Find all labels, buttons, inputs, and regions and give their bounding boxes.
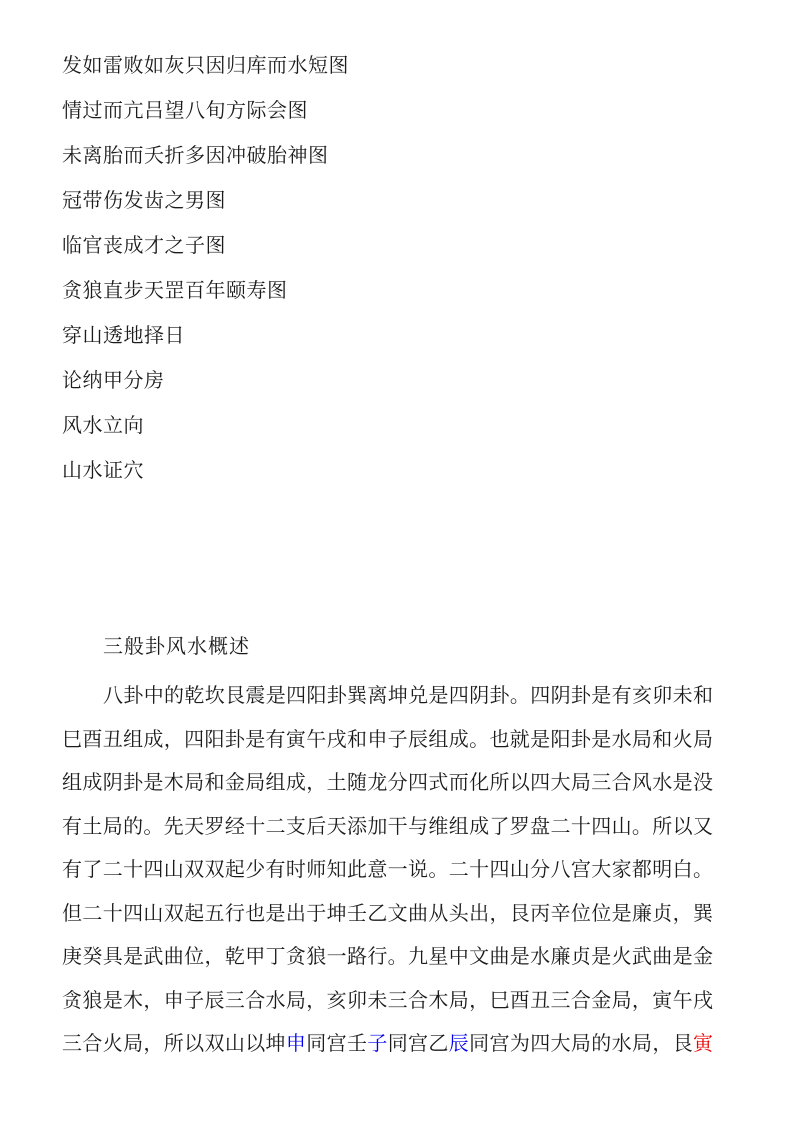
toc-item: 冠带伤发齿之男图 [62, 179, 349, 224]
paragraph-line: 庚癸具是武曲位，乾甲丁贪狼一路行。九星中文曲是水廉贞是火武曲是金 [62, 936, 713, 980]
toc-item: 风水立向 [62, 404, 349, 449]
highlighted-char-red: 寅 [693, 1033, 713, 1055]
highlighted-char-blue: 申 [286, 1033, 306, 1055]
document-page: 发如雷败如灰只因归库而水短图 情过而亢吕望八旬方际会图 未离胎而夭折多因冲破胎神… [0, 0, 786, 1142]
text-segment: 三合火局，所以双山以坤 [62, 1033, 286, 1055]
text-segment: 同宫乙 [388, 1033, 449, 1055]
toc-item: 论纳甲分房 [62, 359, 349, 404]
paragraph-line: 有土局的。先天罗经十二支后天添加干与维组成了罗盘二十四山。所以又 [62, 806, 713, 850]
toc-item: 穿山透地择日 [62, 314, 349, 359]
paragraph-line: 八卦中的乾坎艮震是四阳卦巽离坤兑是四阴卦。四阴卦是有亥卯未和 [62, 675, 713, 719]
toc-item: 情过而亢吕望八旬方际会图 [62, 89, 349, 134]
paragraph-line: 但二十四山双起五行也是出于坤壬乙文曲从头出，艮丙辛位位是廉贞，巽 [62, 893, 713, 937]
highlighted-char-blue: 子 [367, 1033, 387, 1055]
toc-item: 发如雷败如灰只因归库而水短图 [62, 44, 349, 89]
table-of-contents: 发如雷败如灰只因归库而水短图 情过而亢吕望八旬方际会图 未离胎而夭折多因冲破胎神… [62, 44, 349, 494]
section-heading: 三般卦风水概述 [103, 637, 250, 658]
paragraph-line-highlighted: 三合火局，所以双山以坤申同宫壬子同宫乙辰同宫为四大局的水局，艮寅 [62, 1023, 713, 1067]
text-segment: 同宫壬 [306, 1033, 367, 1055]
body-paragraph: 八卦中的乾坎艮震是四阳卦巽离坤兑是四阴卦。四阴卦是有亥卯未和 巳酉丑组成，四阳卦… [62, 675, 713, 1067]
paragraph-line: 巳酉丑组成，四阳卦是有寅午戌和申子辰组成。也就是阳卦是水局和火局 [62, 719, 713, 763]
paragraph-line: 贪狼是木，申子辰三合水局，亥卯未三合木局，巳酉丑三合金局，寅午戌 [62, 980, 713, 1024]
toc-item: 贪狼直步天罡百年颐寿图 [62, 269, 349, 314]
paragraph-line: 组成阴卦是木局和金局组成，土随龙分四式而化所以四大局三合风水是没 [62, 762, 713, 806]
toc-item: 山水证穴 [62, 449, 349, 494]
highlighted-char-blue: 辰 [449, 1033, 469, 1055]
paragraph-line: 有了二十四山双双起少有时师知此意一说。二十四山分八宫大家都明白。 [62, 849, 713, 893]
text-segment: 同宫为四大局的水局，艮 [469, 1033, 693, 1055]
toc-item: 未离胎而夭折多因冲破胎神图 [62, 134, 349, 179]
toc-item: 临官丧成才之子图 [62, 224, 349, 269]
